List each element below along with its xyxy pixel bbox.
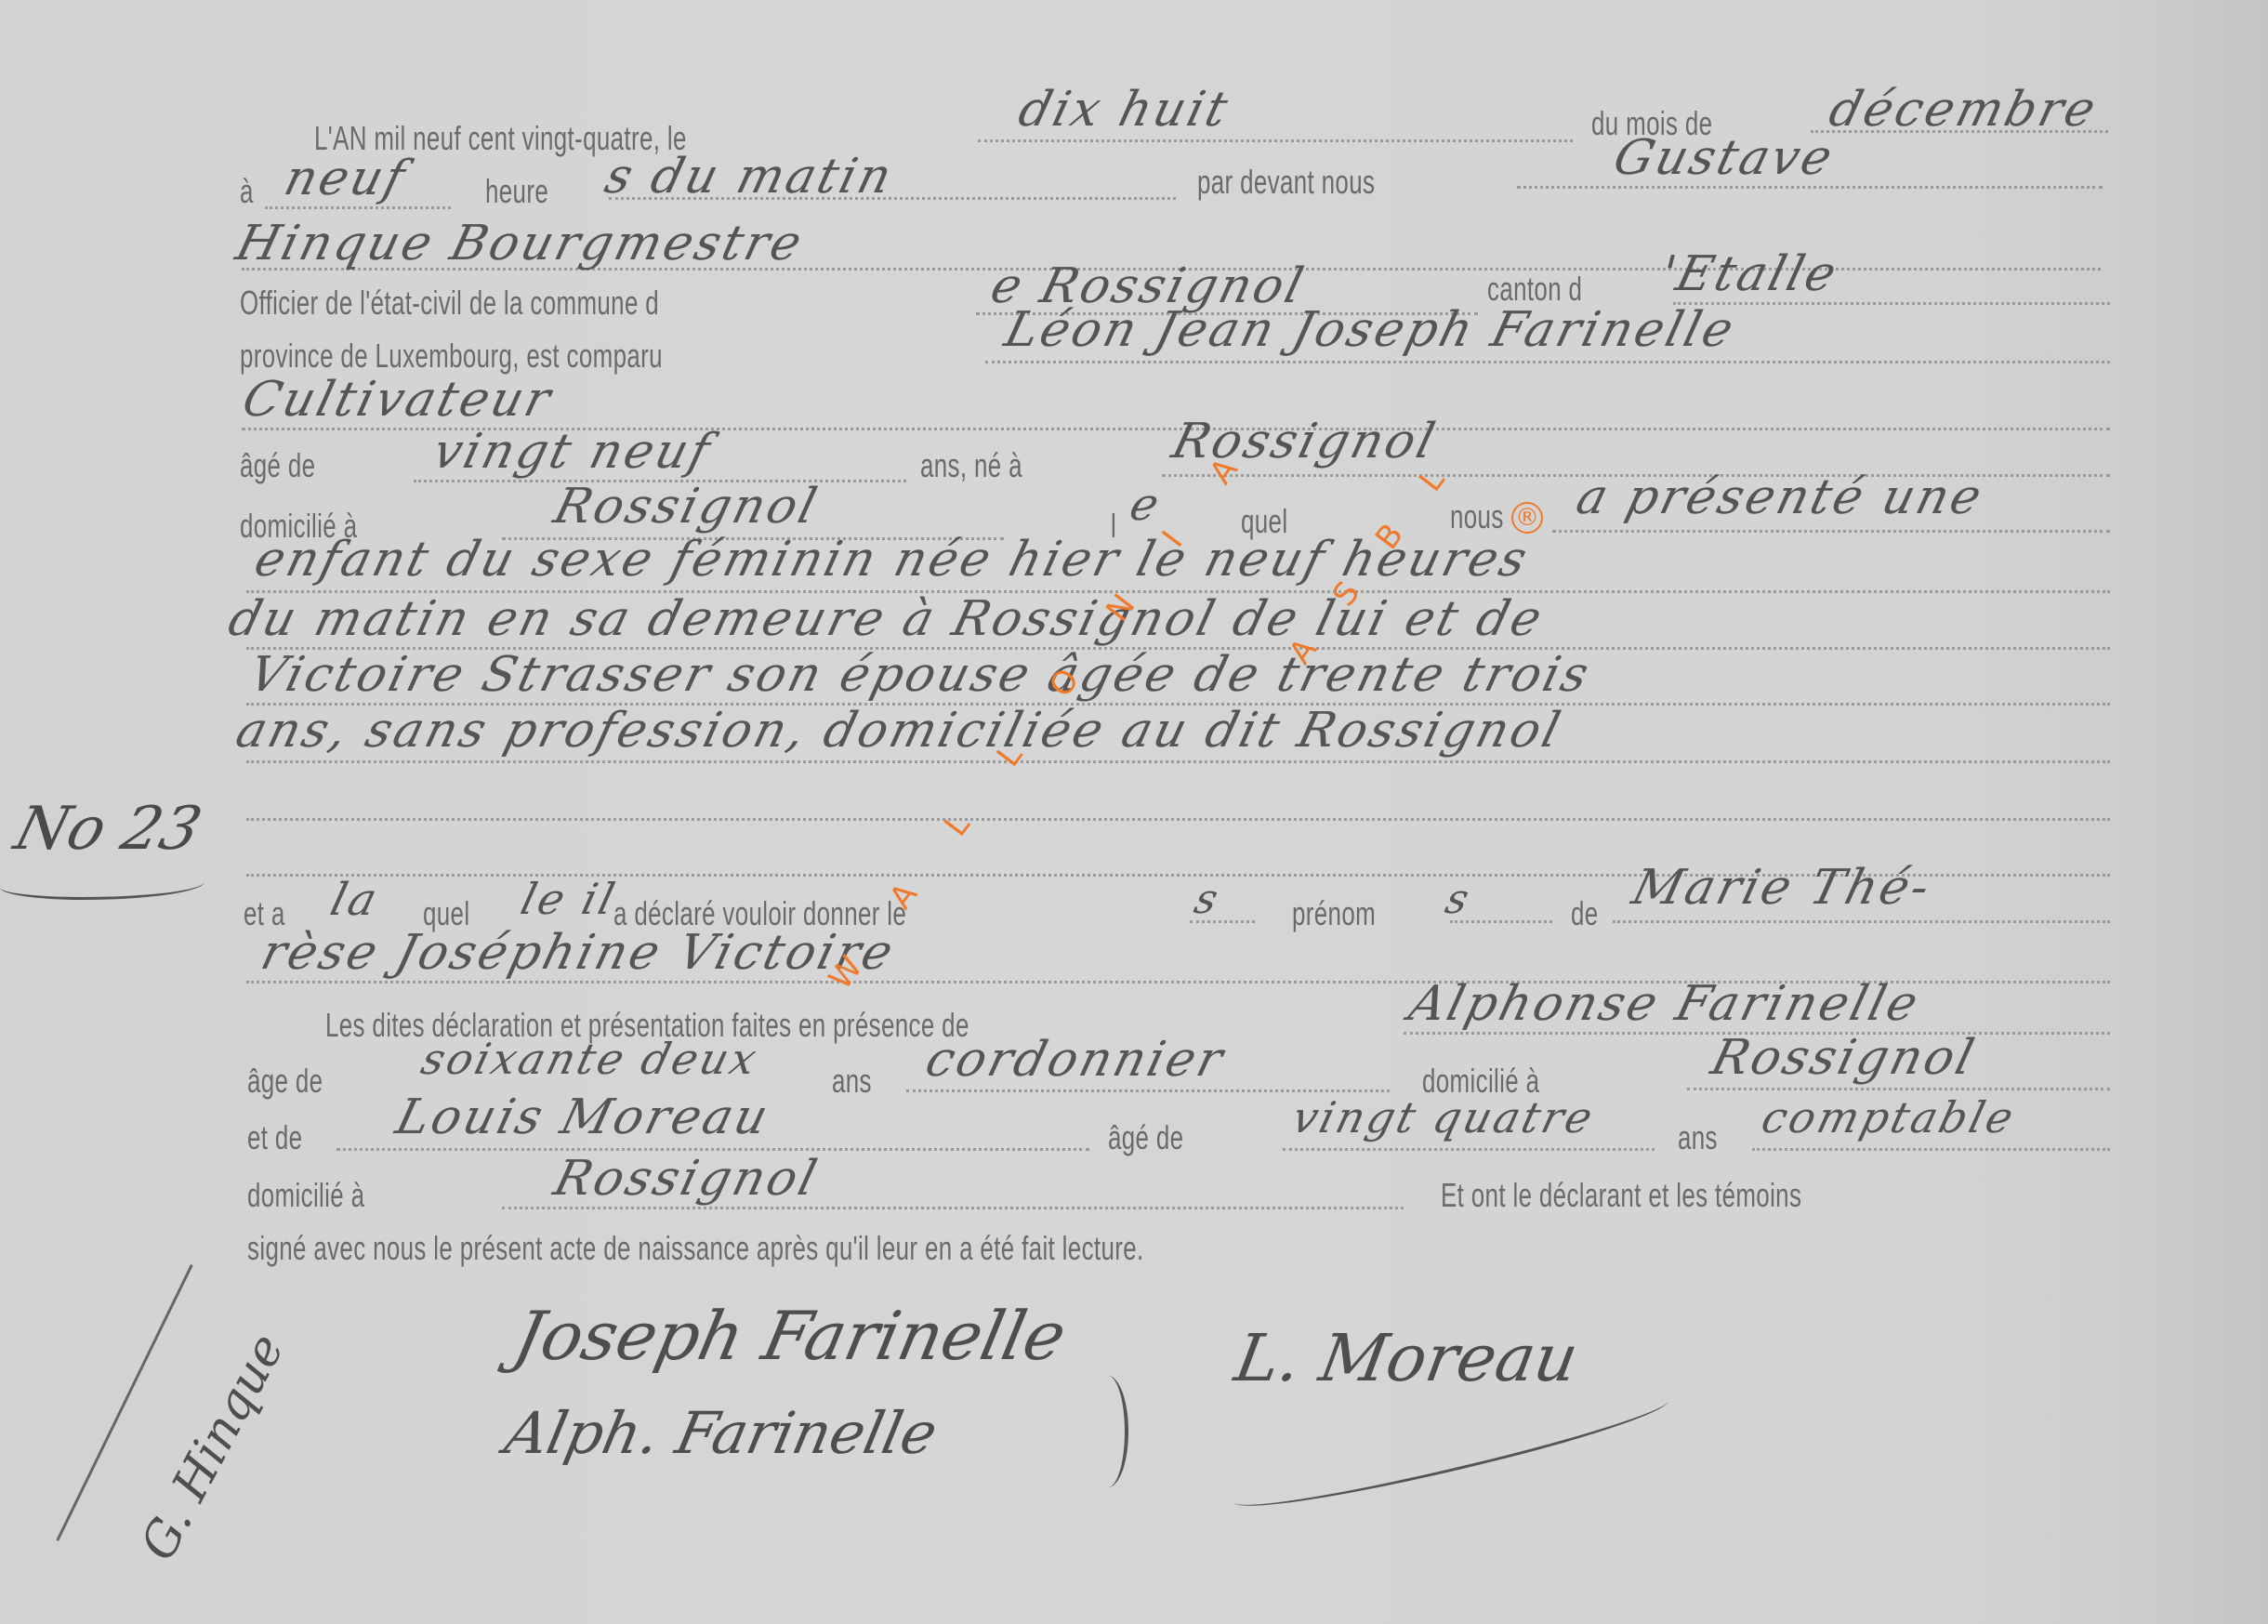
printed-ans-2: ans — [1678, 1118, 1718, 1157]
handwritten-witness2-name: Louis Moreau — [390, 1089, 776, 1145]
printed-ans-ne-a: ans, né à — [920, 446, 1022, 485]
field-day — [978, 139, 1573, 142]
handwritten-witness2-occupation: comptable — [1757, 1092, 2021, 1142]
handwritten-line-12: ans, sans profession, domiciliée au dit … — [231, 703, 1568, 759]
field-firstnames — [1613, 920, 2110, 923]
handwritten-day: dix huit — [1013, 82, 1235, 138]
printed-nous: nous — [1450, 497, 1504, 536]
registered-mark: ® — [1515, 504, 1539, 532]
field-declarant — [985, 361, 2110, 363]
record-number: No 23 — [7, 795, 208, 864]
handwritten-witness1-domicile: Rossignol — [1706, 1030, 1982, 1086]
handwritten-s-1: s — [1190, 876, 1225, 923]
handwritten-month: décembre — [1824, 82, 2103, 138]
handwritten-witness2-domicile: Rossignol — [548, 1151, 824, 1207]
printed-ans: ans — [832, 1062, 872, 1101]
handwritten-la: la — [325, 874, 385, 926]
field-prenom-s — [1450, 920, 1552, 923]
handwritten-line-11: Victoire Strasser son épouse âgée de tre… — [244, 647, 1597, 703]
handwritten-firstnames: Marie Thé- — [1627, 860, 1938, 916]
signature-bracket — [1088, 1376, 1128, 1487]
handwritten-presented: a présenté une — [1571, 469, 1989, 525]
record-number-underline — [0, 869, 204, 900]
field-officer-firstname — [1517, 186, 2103, 189]
handwritten-time-of-day: s du matin — [600, 149, 900, 205]
printed-par-devant-nous: par devant nous — [1197, 163, 1375, 202]
handwritten-le-il: le il — [516, 874, 622, 924]
signature-witness2-flourish — [1229, 1379, 1671, 1525]
field-hour — [265, 206, 451, 209]
printed-age-de-2: âge de — [247, 1062, 323, 1101]
field-witness2-occupation — [1752, 1148, 2110, 1151]
printed-officer-commune: Officier de l'état-civil de la commune d — [240, 284, 659, 323]
field-witness2-domicile — [502, 1207, 1404, 1209]
field-witness1-domicile — [1687, 1088, 2110, 1090]
printed-a: à — [240, 172, 254, 211]
field-line-12 — [246, 760, 2110, 763]
handwritten-officer-name: Hinque Bourgmestre — [231, 216, 810, 271]
printed-age-de-3: âgé de — [1108, 1118, 1183, 1157]
handwritten-witness2-age: vingt quatre — [1287, 1092, 1601, 1142]
printed-de: de — [1571, 894, 1599, 933]
printed-domicilie-3: domicilié à — [247, 1176, 364, 1215]
handwritten-officer-firstname: Gustave — [1608, 130, 1840, 186]
field-presented — [1552, 530, 2110, 533]
printed-prenom: prénom — [1292, 894, 1376, 933]
handwritten-firstnames-cont: rèse Joséphine Victoire — [256, 925, 901, 981]
handwritten-domicile: Rossignol — [548, 479, 824, 535]
handwritten-canton: 'Etalle — [1655, 246, 1844, 302]
handwritten-declarant-age: vingt neuf — [428, 424, 718, 480]
printed-signe-lecture: signé avec nous le présent acte de naiss… — [247, 1229, 1144, 1268]
signature-witness2: L. Moreau — [1230, 1320, 1584, 1396]
signature-declarant: Joseph Farinelle — [508, 1297, 1073, 1375]
handwritten-occupation: Cultivateur — [237, 372, 559, 428]
printed-province: province de Luxembourg, est comparu — [240, 337, 663, 376]
printed-age-de: âgé de — [240, 446, 315, 485]
printed-heure: heure — [485, 172, 548, 211]
handwritten-declarant: Léon Jean Joseph Farinelle — [999, 302, 1741, 358]
document-page: No 23 L'AN mil neuf cent vingt-quatre, l… — [0, 0, 2268, 1624]
printed-et-ont-signe: Et ont le déclarant et les témoins — [1441, 1176, 1801, 1215]
handwritten-s-2: s — [1441, 876, 1476, 923]
printed-et-de: et de — [247, 1118, 302, 1157]
field-witness2-age — [1283, 1148, 1655, 1151]
field-line-13 — [246, 818, 2110, 821]
handwritten-witness1-occupation: cordonnier — [920, 1032, 1231, 1088]
handwritten-hour: neuf — [279, 151, 413, 206]
watermark-registered-icon: ® — [1511, 502, 1543, 534]
signature-witness1: Alph. Farinelle — [499, 1399, 943, 1467]
handwritten-witness1-name: Alphonse Farinelle — [1404, 976, 1926, 1032]
signature-officer: G. Hinque — [130, 1325, 296, 1569]
handwritten-witness1-age: soixante deux — [416, 1034, 764, 1084]
field-le-s — [1190, 920, 1255, 923]
